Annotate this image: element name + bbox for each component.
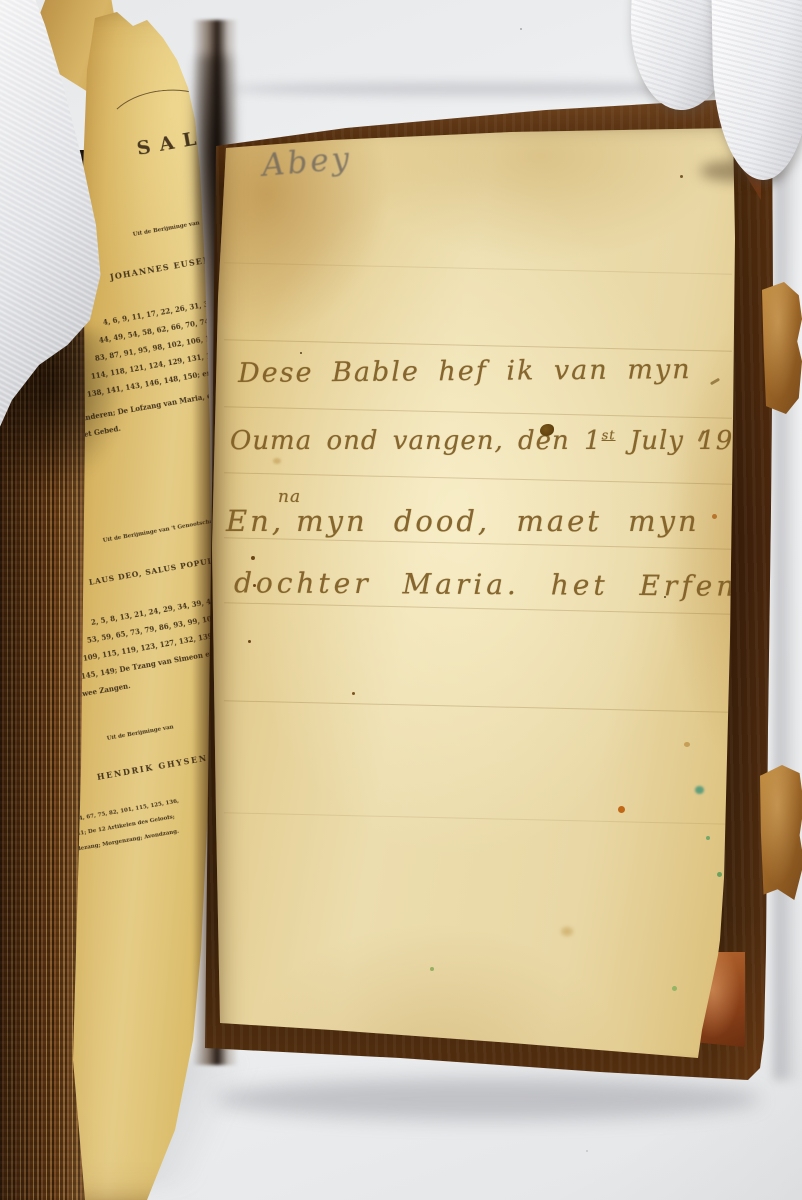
ink-mark: [710, 378, 720, 386]
handwriting-line-3: En,namyn dood, maet myn: [226, 504, 700, 538]
handwriting-line-4: dochter Maria. het Erfen.: [234, 566, 751, 603]
cast-shadow-right: [774, 115, 800, 1080]
rust-spot: [712, 514, 717, 519]
green-spot: [706, 836, 710, 840]
photo-antique-book: 76 SALM Uit de Berijminge van JOHANNES E…: [0, 0, 802, 1200]
rust-spot: [618, 806, 625, 813]
dust-speck: [520, 28, 522, 30]
handwriting-line-1: Dese Bable hef ik van myn: [238, 354, 692, 389]
fox-spot: [251, 556, 255, 560]
fox-spot: [253, 584, 256, 587]
clasp-remnant-upper: [762, 282, 802, 414]
stain: [561, 927, 573, 936]
psalm-note: twee Zangen.: [78, 681, 131, 699]
handwriting-inserted-word: na: [278, 487, 301, 507]
fox-spot: [680, 175, 683, 178]
stain: [273, 458, 281, 464]
pencil-inscription: Abey: [261, 140, 354, 184]
printed-imprint-3: Uit de Berijminge van: [106, 724, 174, 742]
handwriting-line-2: Ouma ond vangen, den 1st July 1905.: [230, 426, 778, 456]
ruled-line: [224, 339, 732, 352]
ruled-line: [224, 602, 732, 615]
fox-spot: [352, 692, 355, 695]
cast-shadow-bottom: [215, 1078, 760, 1120]
ruled-line: [224, 812, 732, 825]
handwriting-superscript: st: [602, 428, 616, 443]
green-spot: [695, 786, 704, 794]
ruled-line: [224, 406, 732, 419]
clasp-remnant-lower: [760, 765, 802, 900]
green-spot: [672, 986, 677, 991]
dust-speck: [586, 1150, 588, 1152]
fox-spot: [248, 640, 251, 643]
ruled-line: [224, 537, 732, 550]
right-page: Abey Dese Bable hef ik van myn Ouma ond …: [212, 118, 760, 1070]
ruled-line: [224, 472, 732, 485]
stain: [684, 742, 690, 747]
handwriting-line-3-rest: myn dood, maet myn: [296, 504, 700, 538]
ruled-line: [224, 700, 732, 713]
ruled-line: [224, 262, 732, 275]
fox-spot: [300, 352, 302, 354]
handwriting-line-3-start: En,: [226, 504, 284, 538]
green-spot: [717, 872, 722, 877]
green-spot: [430, 967, 434, 971]
fox-spot: [664, 596, 666, 598]
